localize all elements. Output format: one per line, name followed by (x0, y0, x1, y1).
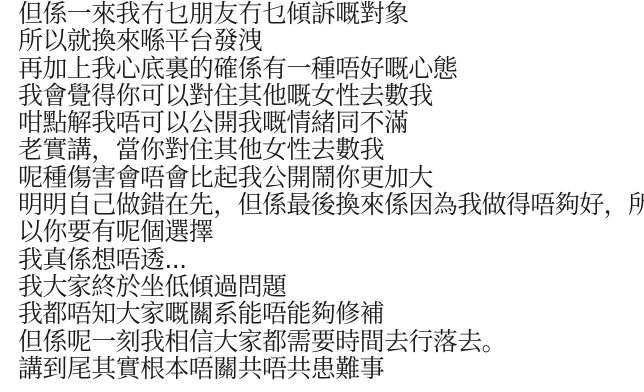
text-line: 所以就換來喺平台發洩 (18, 27, 638, 54)
text-line: 我都唔知大家嘅關系能唔能夠修補 (18, 300, 638, 327)
text-line: 但係一來我冇乜朋友冇乜傾訴嘅對象 (18, 0, 638, 27)
text-line: 以你要有呢個選擇 (18, 218, 638, 245)
text-line: 呢種傷害會唔會比起我公開鬧你更加大 (18, 164, 638, 191)
text-document: 但係一來我冇乜朋友冇乜傾訴嘅對象 所以就換來喺平台發洩 再加上我心底裏的確係有一… (18, 0, 638, 382)
text-line: 再加上我心底裏的確係有一種唔好嘅心態 (18, 55, 638, 82)
text-line: 明明自己做錯在先，但係最後換來係因為我做得唔夠好，所 (18, 191, 638, 218)
text-line: 但係呢一刻我相信大家都需要時間去行落去。 (18, 328, 638, 355)
text-line: 講到尾其實根本唔關共唔共患難事 (18, 355, 638, 382)
text-line: 咁點解我唔可以公開我嘅情緒同不滿 (18, 109, 638, 136)
text-line: 老實講，當你對住其他女性去數我 (18, 136, 638, 163)
text-line: 我真係想唔透... (18, 246, 638, 273)
text-line: 我會覺得你可以對住其他嘅女性去數我 (18, 82, 638, 109)
text-line: 我大家終於坐低傾過問題 (18, 273, 638, 300)
